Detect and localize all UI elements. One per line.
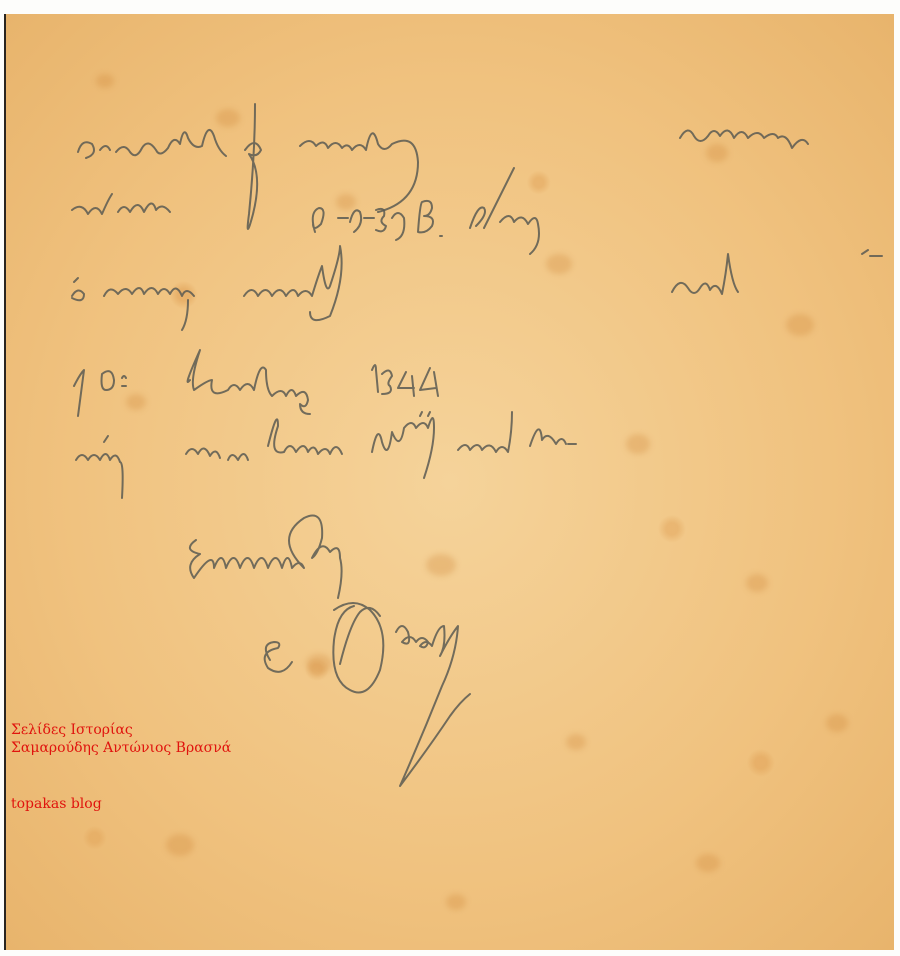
handwriting [0,0,900,956]
watermark-blog: topakas blog [11,796,102,813]
watermark-author: Σαμαρούδης Αντώνιος Βρασνά [11,740,231,757]
watermark-title: Σελίδες Ιστορίας [11,722,133,739]
